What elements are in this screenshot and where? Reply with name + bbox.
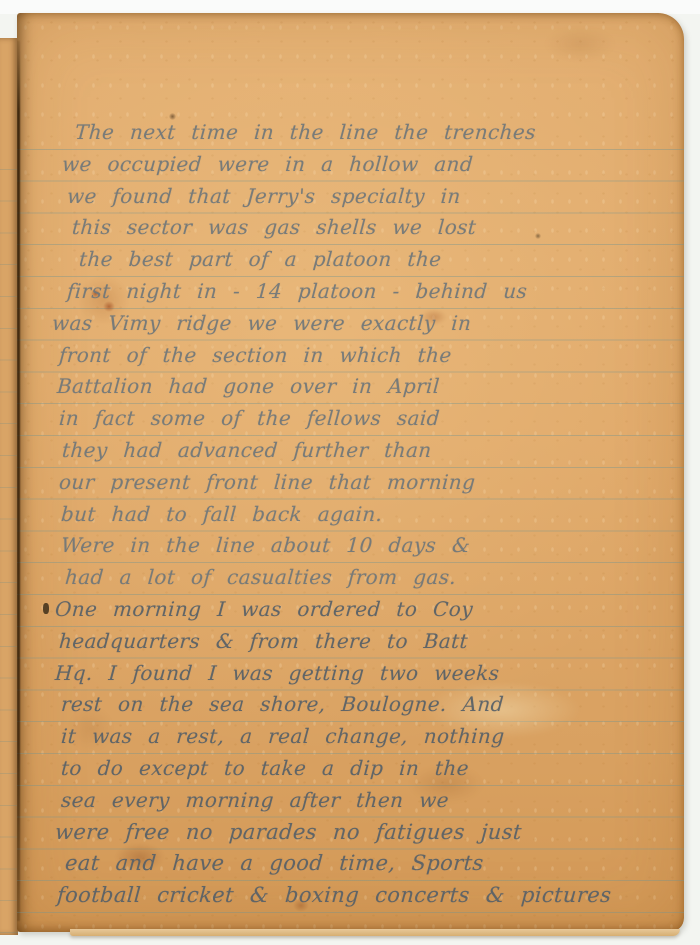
faint-stain [545, 27, 615, 61]
handwritten-line: Hq. I found I was getting two weeks [54, 658, 684, 690]
handwritten-line: they had advanced further than [61, 435, 684, 467]
handwritten-line: we occupied were in a hollow and [61, 149, 684, 181]
gutter-crease [17, 41, 20, 921]
handwritten-line: the best part of a platoon the [78, 244, 684, 276]
handwritten-line: football cricket & boxing concerts & pic… [56, 880, 684, 912]
handwritten-line: this sector was gas shells we lost [71, 212, 684, 244]
handwritten-line: sea every morning after then we [60, 785, 684, 817]
page-bottom-edge [70, 929, 680, 936]
handwritten-line: rest on the sea shore, Boulogne. And [60, 689, 684, 721]
handwritten-line: headquarters & from there to Batt [58, 626, 684, 658]
handwritten-line: front of the section in which the [58, 340, 684, 372]
handwritten-line: our present front line that morning [58, 467, 684, 499]
handwritten-line: first night in - 14 platoon - behind us [66, 276, 684, 308]
handwritten-line: it was a rest, a real change, nothing [60, 721, 684, 753]
handwritten-text-block: The next time in the line the trencheswe… [17, 117, 684, 912]
handwritten-line: were free no parades no fatigues just [54, 817, 684, 849]
handwritten-line: we found that Jerry's specialty in [66, 181, 684, 213]
handwritten-line: The next time in the line the trenches [74, 117, 684, 149]
handwritten-line: in fact some of the fellows said [58, 403, 684, 435]
notebook-page: The next time in the line the trencheswe… [17, 13, 684, 932]
handwritten-line: eat and have a good time, Sports [64, 848, 684, 880]
underlying-page-edge [0, 38, 18, 935]
handwritten-line: One morning I was ordered to Coy [54, 594, 684, 626]
handwritten-line: was Vimy ridge we were exactly in [51, 308, 684, 340]
handwritten-line: had a lot of casualties from gas. [64, 562, 684, 594]
handwritten-line: but had to fall back again. [60, 499, 684, 531]
handwritten-line: Battalion had gone over in April [56, 371, 684, 403]
handwritten-line: Were in the line about 10 days & [60, 530, 684, 562]
scanned-diary-screenshot: { "document": { "type": "handwritten-dia… [0, 0, 700, 945]
underlying-page-ruled-lines [0, 138, 18, 938]
handwritten-line: to do except to take a dip in the [60, 753, 684, 785]
scanner-background-top [0, 0, 700, 14]
